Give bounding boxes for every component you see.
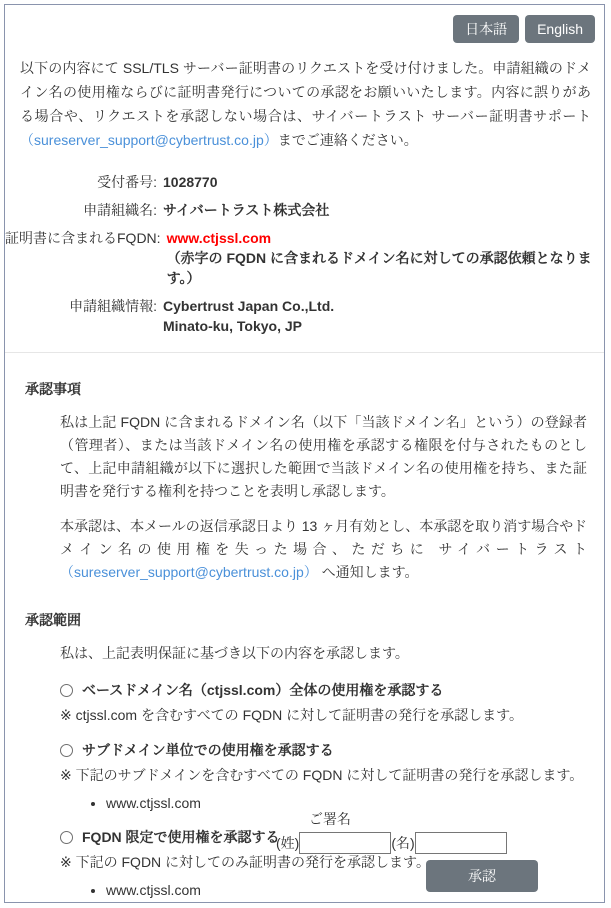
fqdn-only-option-label[interactable]: FQDN 限定で使用権を承認する [82, 827, 280, 847]
signature-name-row: (姓) (名) [276, 832, 538, 854]
scope-option-subdomain: サブドメイン単位での使用権を承認する ※ 下記のサブドメインを含むすべての FQ… [60, 740, 587, 812]
organization-info-line1: Cybertrust Japan Co.,Ltd. [163, 296, 334, 316]
receipt-number-value: 1028770 [163, 172, 218, 192]
base-domain-option-label[interactable]: ベースドメイン名（ctjssl.com）全体の使用権を承認する [82, 680, 443, 700]
approve-button[interactable]: 承認 [426, 860, 538, 892]
terms-p2-text-before-link: 本承認は、本メールの返信承認日より 13 ヶ月有効とし、本承認を取り消す場合やド… [60, 518, 587, 557]
japanese-language-button[interactable]: 日本語 [453, 15, 519, 43]
approval-form-panel: 日本語 English 以下の内容にて SSL/TLS サーバー証明書のリクエス… [4, 4, 605, 903]
organization-name-label: 申請組織名: [5, 200, 157, 220]
fqdn-label: 証明書に含まれるFQDN: [5, 228, 161, 288]
detail-row-organization-info: 申請組織情報: Cybertrust Japan Co.,Ltd. Minato… [5, 296, 604, 336]
last-name-input[interactable] [299, 832, 391, 854]
last-name-label: (姓) [276, 833, 299, 853]
terms-p2-text-after-link: へ通知します。 [318, 564, 419, 580]
signature-area: ご署名 (姓) (名) 承認 [276, 809, 538, 892]
request-details: 受付番号: 1028770 申請組織名: サイバートラスト株式会社 証明書に含ま… [5, 172, 604, 336]
approval-scope-heading: 承認範囲 [25, 610, 604, 630]
approval-terms-paragraph-1: 私は上記 FQDN に含まれるドメイン名（以下「当該ドメイン名」という）の登録者… [60, 411, 587, 503]
base-domain-radio[interactable] [60, 684, 73, 697]
fqdn-value: www.ctjssl.com [167, 228, 604, 248]
approve-button-row: 承認 [276, 860, 538, 892]
fqdn-note: （赤字の FQDN に含まれるドメイン名に対しての承認依頼となります。） [167, 248, 604, 288]
scope-option-subdomain-head[interactable]: サブドメイン単位での使用権を承認する [60, 740, 587, 760]
organization-info-label: 申請組織情報: [5, 296, 157, 336]
section-divider [5, 352, 604, 353]
detail-row-organization-name: 申請組織名: サイバートラスト株式会社 [5, 200, 604, 220]
intro-text-after-link: までご連絡ください。 [278, 132, 418, 148]
approval-terms-heading: 承認事項 [25, 379, 604, 399]
scope-option-base-domain-head[interactable]: ベースドメイン名（ctjssl.com）全体の使用権を承認する [60, 680, 587, 700]
signature-heading: ご署名 [309, 809, 538, 829]
scope-option-base-domain: ベースドメイン名（ctjssl.com）全体の使用権を承認する ※ ctjssl… [60, 680, 587, 725]
english-language-button[interactable]: English [525, 15, 595, 43]
fqdn-only-radio[interactable] [60, 831, 73, 844]
intro-paragraph: 以下の内容にて SSL/TLS サーバー証明書のリクエストを受け付けました。申請… [20, 56, 591, 152]
approval-terms-section: 承認事項 私は上記 FQDN に含まれるドメイン名（以下「当該ドメイン名」という… [5, 379, 604, 584]
first-name-label: (名) [391, 833, 414, 853]
subdomain-option-label[interactable]: サブドメイン単位での使用権を承認する [82, 740, 334, 760]
base-domain-option-note: ※ ctjssl.com を含むすべての FQDN に対して証明書の発行を承認し… [60, 705, 587, 725]
subdomain-radio[interactable] [60, 744, 73, 757]
first-name-input[interactable] [415, 832, 507, 854]
detail-row-fqdn: 証明書に含まれるFQDN: www.ctjssl.com （赤字の FQDN に… [5, 228, 604, 288]
language-switcher: 日本語 English [5, 15, 595, 43]
approval-scope-intro: 私は、上記表明保証に基づき以下の内容を承認します。 [60, 642, 587, 665]
receipt-number-label: 受付番号: [5, 172, 157, 192]
support-email-link[interactable]: （sureserver_support@cybertrust.co.jp） [20, 132, 278, 148]
organization-info-value-block: Cybertrust Japan Co.,Ltd. Minato-ku, Tok… [163, 296, 334, 336]
approval-terms-paragraph-2: 本承認は、本メールの返信承認日より 13 ヶ月有効とし、本承認を取り消す場合やド… [60, 515, 587, 584]
subdomain-option-note: ※ 下記のサブドメインを含むすべての FQDN に対して証明書の発行を承認します… [60, 765, 587, 785]
organization-name-value: サイバートラスト株式会社 [163, 200, 329, 220]
detail-row-receipt-number: 受付番号: 1028770 [5, 172, 604, 192]
fqdn-value-block: www.ctjssl.com （赤字の FQDN に含まれるドメイン名に対しての… [167, 228, 604, 288]
organization-info-line2: Minato-ku, Tokyo, JP [163, 316, 334, 336]
intro-text-before-link: 以下の内容にて SSL/TLS サーバー証明書のリクエストを受け付けました。申請… [20, 60, 591, 124]
support-email-link-2[interactable]: （sureserver_support@cybertrust.co.jp） [60, 564, 318, 580]
